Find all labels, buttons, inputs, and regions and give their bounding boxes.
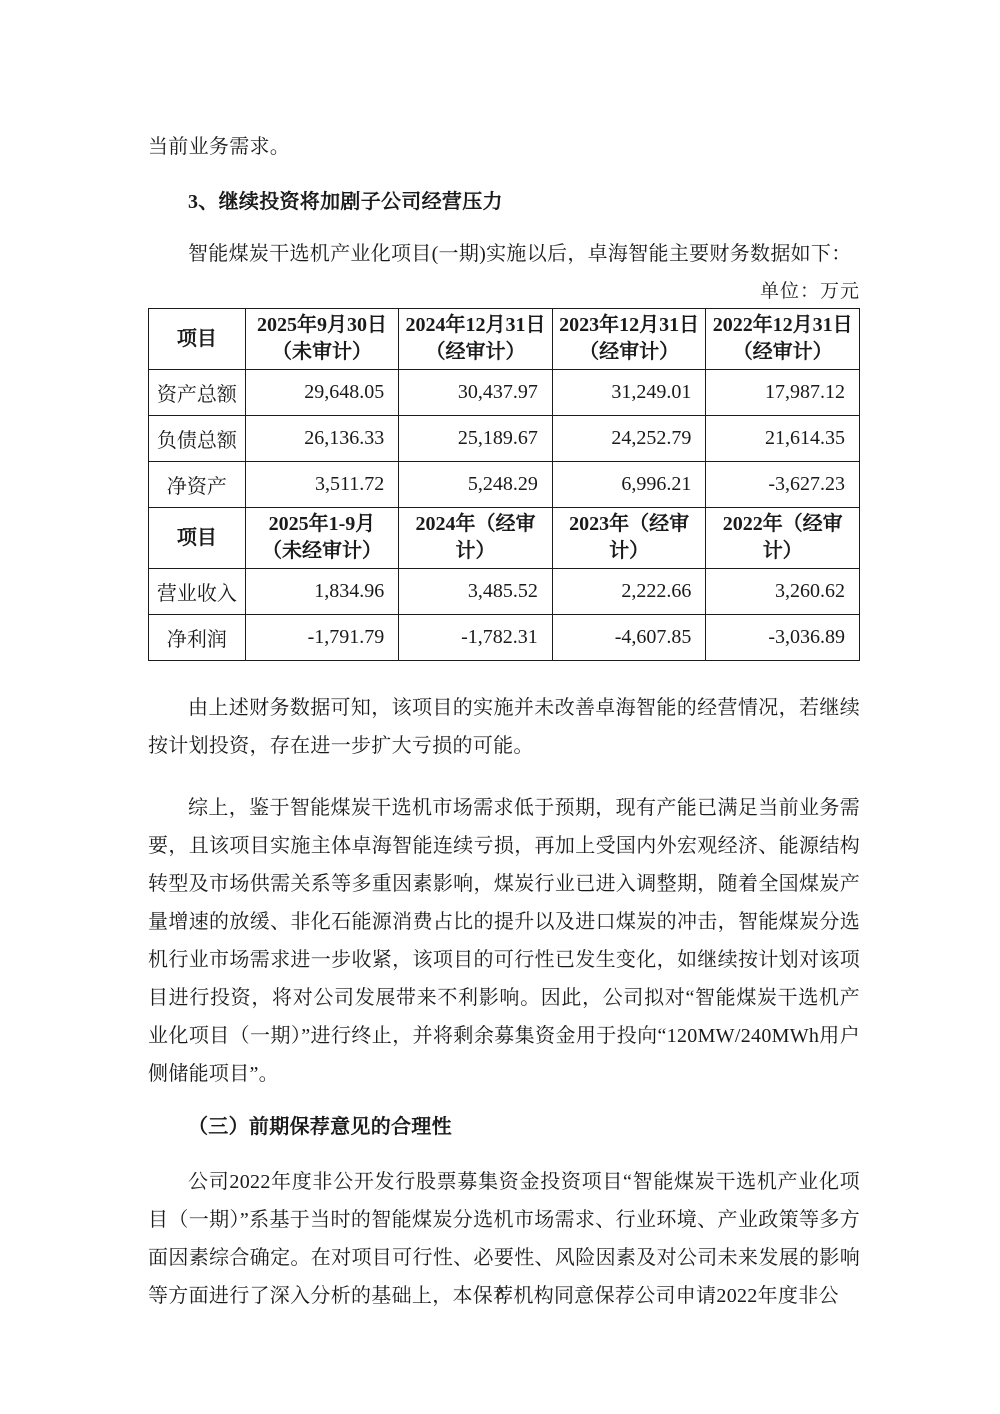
table-row-net-assets: 净资产 3,511.72 5,248.29 6,996.21 -3,627.23 [149, 462, 860, 508]
row-label-cell: 净资产 [149, 462, 246, 508]
value-cell: 21,614.35 [706, 416, 860, 462]
table-row-net-profit: 净利润 -1,791.79 -1,782.31 -4,607.85 -3,036… [149, 615, 860, 661]
header-cell: 2025年1-9月（未经审计） [245, 508, 399, 569]
document-page: 当前业务需求。 3、继续投资将加剧子公司经营压力 智能煤炭干选机产业化项目(一期… [0, 0, 1000, 1414]
header-cell: 项目 [149, 309, 246, 370]
row-label-cell: 营业收入 [149, 569, 246, 615]
value-cell: 2,222.66 [552, 569, 706, 615]
value-cell: 6,996.21 [552, 462, 706, 508]
value-cell: 26,136.33 [245, 416, 399, 462]
row-label-cell: 负债总额 [149, 416, 246, 462]
value-cell: 3,485.52 [399, 569, 553, 615]
value-cell: -3,627.23 [706, 462, 860, 508]
value-cell: 29,648.05 [245, 370, 399, 416]
intro-paragraph: 智能煤炭干选机产业化项目(一期)实施以后，卓海智能主要财务数据如下： [148, 235, 860, 273]
header-cell: 项目 [149, 508, 246, 569]
table-unit-label: 单位：万元 [148, 279, 860, 305]
header-cell: 2022年12月31日（经审计） [706, 309, 860, 370]
table-header-row-income: 项目 2025年1-9月（未经审计） 2024年（经审计） 2023年（经审计）… [149, 508, 860, 569]
summary-paragraph: 综上，鉴于智能煤炭干选机市场需求低于预期，现有产能已满足当前业务需要，且该项目实… [148, 789, 860, 1093]
header-cell: 2023年12月31日（经审计） [552, 309, 706, 370]
header-cell: 2023年（经审计） [552, 508, 706, 569]
value-cell: 3,260.62 [706, 569, 860, 615]
header-cell: 2025年9月30日（未审计） [245, 309, 399, 370]
row-label-cell: 资产总额 [149, 370, 246, 416]
header-cell: 2024年12月31日（经审计） [399, 309, 553, 370]
value-cell: -1,782.31 [399, 615, 553, 661]
header-cell: 2022年（经审计） [706, 508, 860, 569]
analysis-paragraph: 由上述财务数据可知，该项目的实施并未改善卓海智能的经营情况，若继续按计划投资，存… [148, 689, 860, 765]
row-label-cell: 净利润 [149, 615, 246, 661]
value-cell: 30,437.97 [399, 370, 553, 416]
value-cell: -1,791.79 [245, 615, 399, 661]
value-cell: 3,511.72 [245, 462, 399, 508]
table-row-total-assets: 资产总额 29,648.05 30,437.97 31,249.01 17,98… [149, 370, 860, 416]
table-header-row-balance: 项目 2025年9月30日（未审计） 2024年12月31日（经审计） 2023… [149, 309, 860, 370]
value-cell: 31,249.01 [552, 370, 706, 416]
header-cell: 2024年（经审计） [399, 508, 553, 569]
carryover-paragraph: 当前业务需求。 [148, 128, 860, 166]
financial-data-table: 项目 2025年9月30日（未审计） 2024年12月31日（经审计） 2023… [148, 308, 860, 661]
table-row-total-liabilities: 负债总额 26,136.33 25,189.67 24,252.79 21,61… [149, 416, 860, 462]
value-cell: 5,248.29 [399, 462, 553, 508]
value-cell: 1,834.96 [245, 569, 399, 615]
value-cell: -3,036.89 [706, 615, 860, 661]
numbered-heading: 3、继续投资将加剧子公司经营压力 [148, 183, 860, 221]
document-content: 当前业务需求。 3、继续投资将加剧子公司经营压力 智能煤炭干选机产业化项目(一期… [148, 128, 860, 1315]
value-cell: 17,987.12 [706, 370, 860, 416]
value-cell: 25,189.67 [399, 416, 553, 462]
table-row-operating-revenue: 营业收入 1,834.96 3,485.52 2,222.66 3,260.62 [149, 569, 860, 615]
section-heading: （三）前期保荐意见的合理性 [148, 1108, 860, 1146]
page-number: 8 [0, 1284, 1000, 1304]
value-cell: -4,607.85 [552, 615, 706, 661]
value-cell: 24,252.79 [552, 416, 706, 462]
